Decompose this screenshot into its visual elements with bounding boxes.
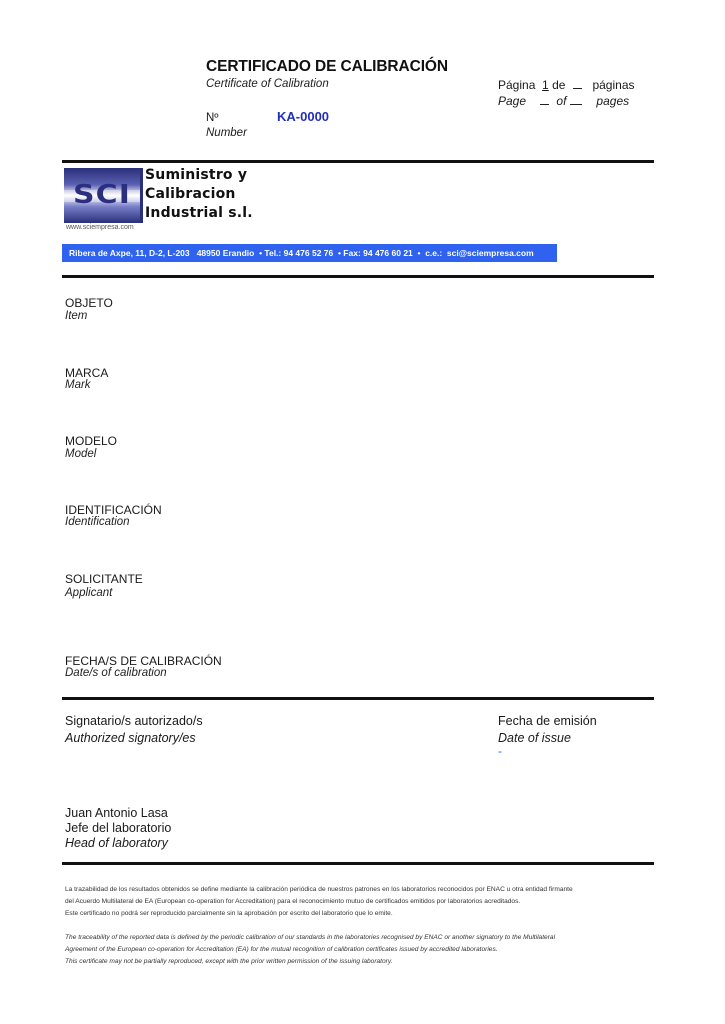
footer-en-line-2: Agreement of the European co-operation f… — [65, 944, 498, 956]
page-label: Página — [498, 78, 535, 92]
company-name-line3: Industrial s.l. — [145, 204, 253, 223]
page-indicator-es: Página 1 de páginas — [498, 78, 635, 92]
sci-logo-icon: SCI — [64, 168, 140, 223]
issue-date-value: - — [498, 744, 502, 758]
certificate-subtitle: Certificate of Calibration — [206, 78, 329, 90]
field-label-model: MODELO — [65, 434, 117, 448]
page-suffix: páginas — [592, 78, 634, 92]
company-name-line2: Calibracion — [145, 185, 253, 204]
signatory-label-en: Authorized signatory/es — [65, 731, 196, 745]
number-label-en: Number — [206, 127, 247, 139]
address-bar: Ribera de Axpe, 11, D-2, L-203 48950 Era… — [62, 244, 557, 262]
page-indicator-en: Page of pages — [498, 94, 629, 108]
divider — [62, 160, 654, 163]
company-name: Suministro y Calibracion Industrial s.l. — [145, 166, 253, 223]
page-suffix-en: pages — [596, 94, 629, 108]
logo-letters: SCI — [64, 182, 140, 208]
company-name-line1: Suministro y — [145, 166, 253, 185]
signatory-role-en: Head of laboratory — [65, 836, 168, 850]
footer-en-line-3: This certificate may not be partially re… — [65, 956, 393, 968]
field-label-model-en: Model — [65, 448, 96, 460]
company-website: www.sciempresa.com — [66, 224, 134, 231]
page-total-blank-en — [570, 95, 582, 105]
field-label-calibration-date-en: Date/s of calibration — [65, 667, 167, 679]
field-label-calibration-date: FECHA/S DE CALIBRACIÓN — [65, 654, 222, 668]
field-label-mark-en: Mark — [65, 379, 91, 391]
page-of: de — [552, 78, 565, 92]
field-label-identification: IDENTIFICACIÓN — [65, 503, 162, 517]
page-label-en: Page — [498, 94, 526, 108]
certificate-number: KA-0000 — [277, 109, 329, 124]
page-of-en: of — [556, 94, 566, 108]
signatory-label: Signatario/s autorizado/s — [65, 714, 203, 728]
footer-en-line-1: The traceability of the reported data is… — [65, 932, 555, 944]
field-label-item: OBJETO — [65, 296, 113, 310]
field-label-mark: MARCA — [65, 366, 108, 380]
logo-bar — [140, 168, 143, 223]
field-label-applicant-en: Applicant — [65, 587, 112, 599]
field-label-identification-en: Identification — [65, 516, 130, 528]
divider — [62, 862, 654, 865]
issue-date-label: Fecha de emisión — [498, 714, 597, 728]
field-label-applicant: SOLICITANTE — [65, 572, 143, 586]
certificate-title: CERTIFICADO DE CALIBRACIÓN — [206, 58, 448, 76]
page-total-blank — [573, 79, 582, 89]
number-label: Nº — [206, 112, 219, 124]
field-label-item-en: Item — [65, 310, 87, 322]
footer-es-line-2: del Acuerdo Multilateral de EA (European… — [65, 896, 520, 908]
page-current: 1 — [542, 78, 549, 92]
divider — [62, 697, 654, 700]
issue-date-label-en: Date of issue — [498, 731, 571, 745]
signatory-role: Jefe del laboratorio — [65, 821, 171, 835]
footer-es-line-1: La trazabilidad de los resultados obteni… — [65, 884, 573, 896]
divider — [62, 275, 654, 278]
page-current-blank — [540, 95, 549, 105]
footer-es-line-3: Este certificado no podrá ser reproducid… — [65, 908, 393, 920]
signatory-name: Juan Antonio Lasa — [65, 806, 168, 820]
